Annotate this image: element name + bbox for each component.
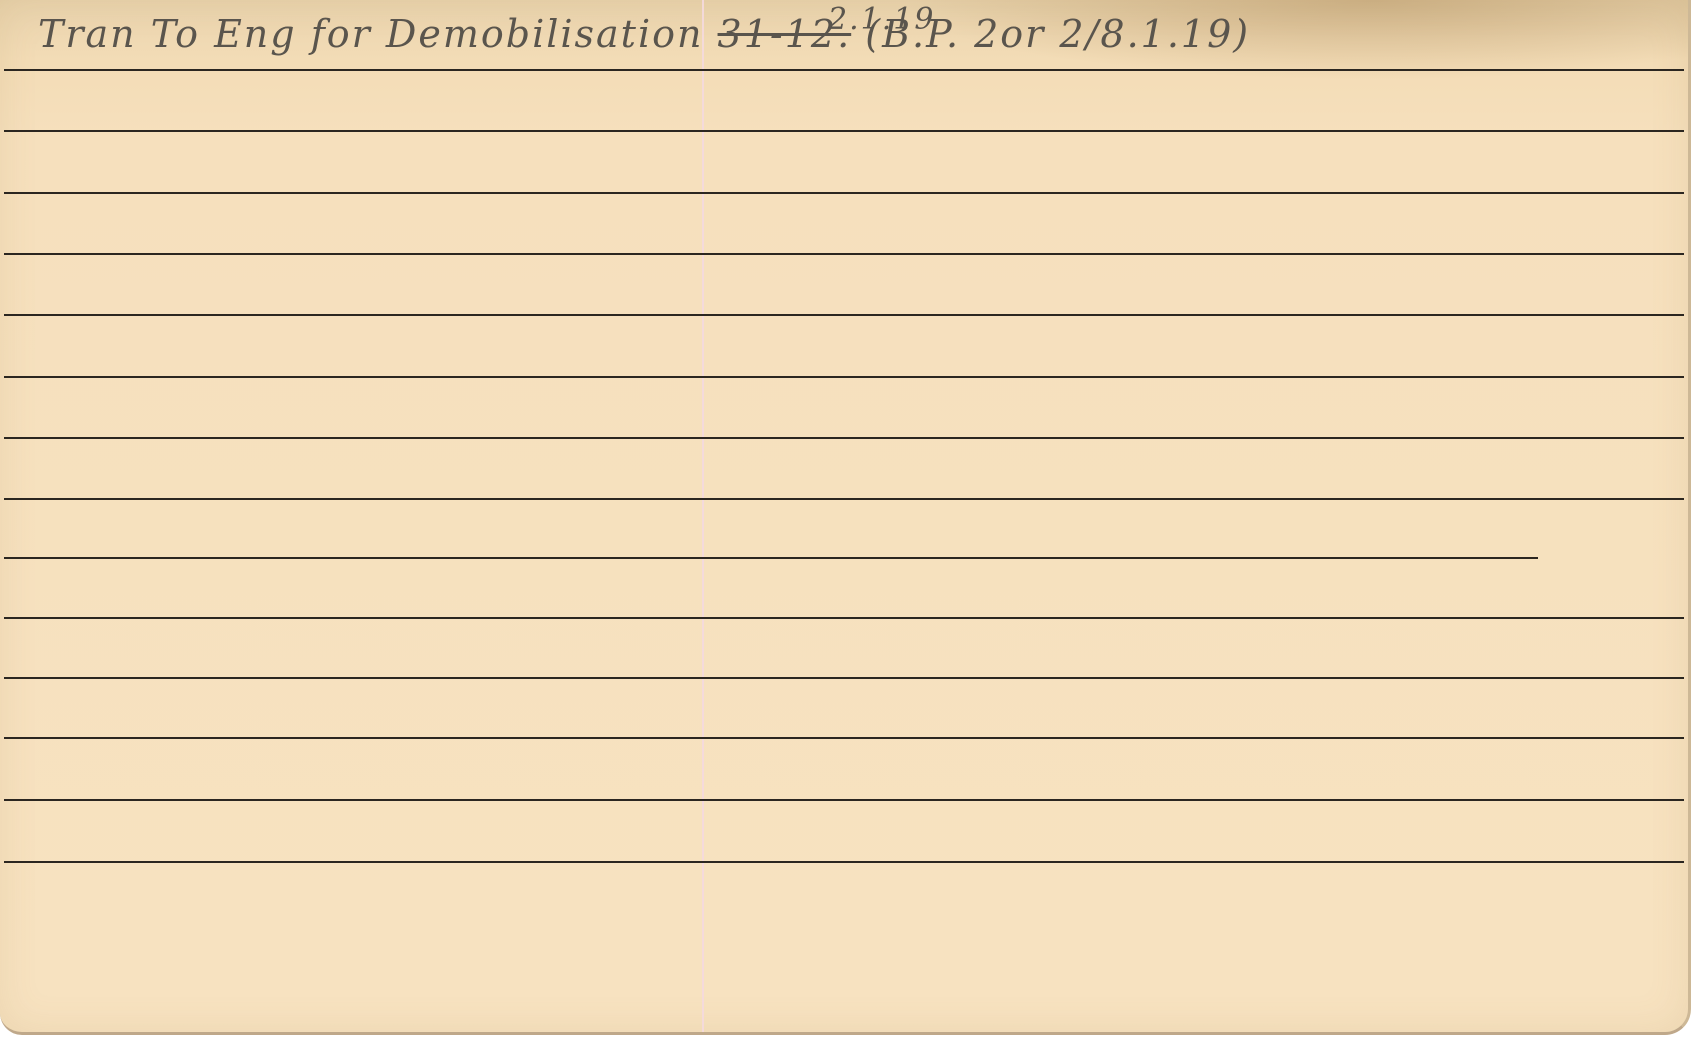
ruled-line [4, 617, 1684, 619]
ruled-line [4, 799, 1684, 801]
ruled-line [4, 437, 1684, 439]
index-card: Tran To Eng for Demobilisation 31-12. (B… [0, 0, 1691, 1035]
inserted-date: 2.1.19 [828, 2, 935, 37]
ruled-line [4, 376, 1684, 378]
ruled-line [4, 498, 1684, 500]
ruled-line [4, 130, 1684, 132]
margin-line [702, 0, 704, 1032]
entry-text: Tran To Eng for Demobilisation [38, 12, 718, 56]
ruled-line [4, 861, 1684, 863]
ruled-line [4, 253, 1684, 255]
ruled-line [4, 69, 1684, 71]
ruled-line [4, 314, 1684, 316]
ruled-line [4, 557, 1538, 559]
ruled-line [4, 677, 1684, 679]
ruled-line [4, 192, 1684, 194]
handwritten-entry: Tran To Eng for Demobilisation 31-12. (B… [38, 12, 1250, 56]
ruled-line [4, 737, 1684, 739]
